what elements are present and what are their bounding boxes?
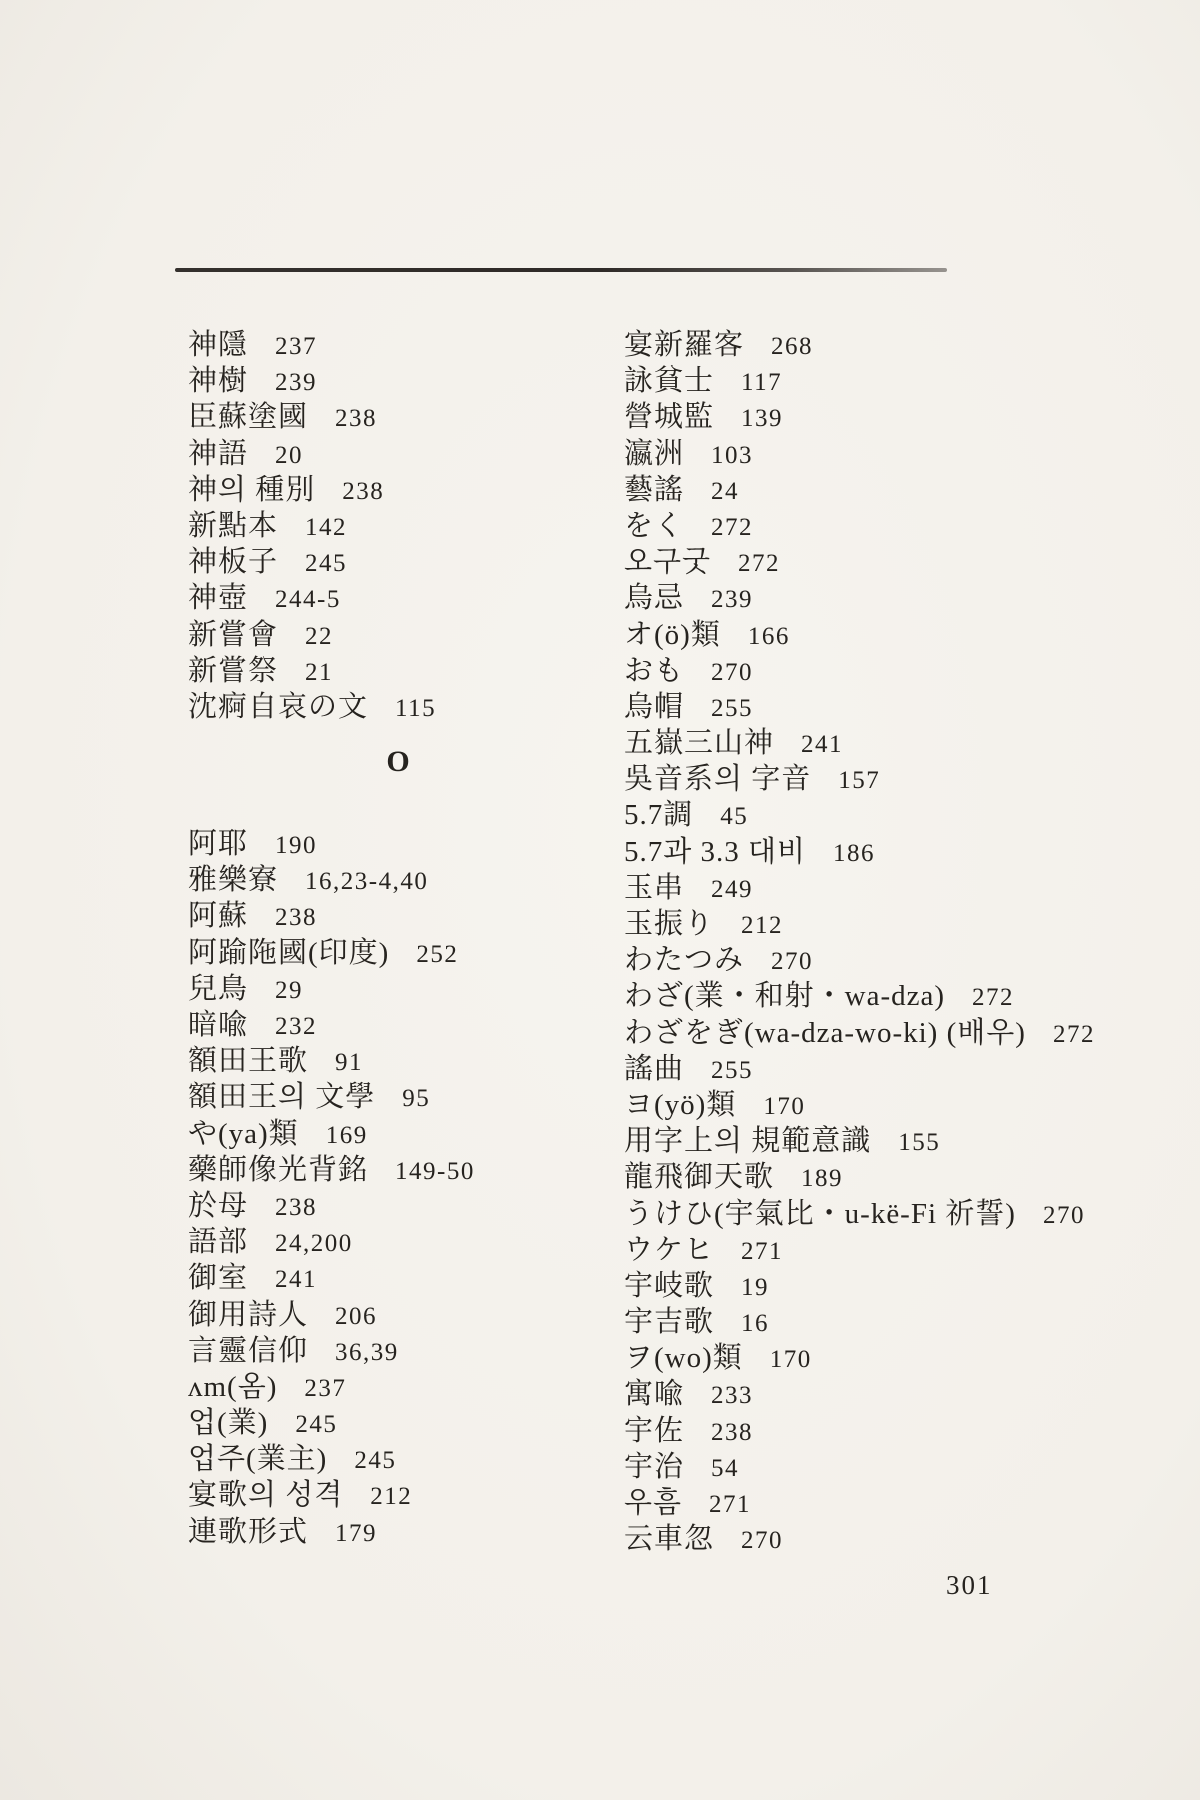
index-entry-pages: 206 — [335, 1303, 377, 1331]
index-entry-term: 神樹 — [188, 358, 248, 399]
index-entry-term: 新嘗會 — [188, 612, 278, 653]
index-entry-pages: 237 — [275, 333, 317, 361]
index-entry-pages: 54 — [711, 1455, 739, 1483]
index-entry-pages: 170 — [763, 1093, 805, 1121]
index-entry-pages: 252 — [416, 941, 458, 969]
index-entry-term: ヨ(yö)類 — [624, 1082, 736, 1123]
index-entry: わざ(業・和射・wa-dza) 272 — [624, 973, 1094, 1009]
index-entry-term: 업(業) — [188, 1400, 268, 1441]
index-entry: 兒鳥 29 — [188, 966, 618, 1002]
index-entry-pages: 186 — [833, 840, 875, 868]
index-entry: 瀛洲 103 — [624, 431, 1094, 467]
index-entry-term: 宇治 — [624, 1444, 684, 1485]
index-entry-term: 玉串 — [624, 865, 684, 906]
index-entry-pages: 237 — [304, 1375, 346, 1403]
index-entry-pages: 29 — [275, 977, 303, 1005]
index-entry-pages: 271 — [741, 1238, 783, 1266]
index-entries-before-heading: 神隱 237 神樹 239 臣蘇塗國 238 神語 20 — [188, 322, 618, 720]
index-entry-term: 新點本 — [188, 503, 278, 544]
index-entry-pages: 241 — [801, 731, 843, 759]
index-entry-pages: 241 — [275, 1266, 317, 1294]
index-entry-term: 宴歌의 성격 — [188, 1472, 343, 1513]
index-entry: 神語 20 — [188, 431, 618, 467]
index-entry: おも 270 — [624, 648, 1094, 684]
index-entries-right: 宴新羅客 268 詠貧士 117 營城監 139 瀛洲 103 — [624, 322, 1094, 1552]
index-column-right: 宴新羅客 268 詠貧士 117 營城監 139 瀛洲 103 — [624, 322, 1094, 1552]
index-entry-pages: 36,39 — [335, 1339, 399, 1367]
index-entry-term: 額田王歌 — [188, 1038, 308, 1079]
index-entry-term: をく — [624, 503, 684, 544]
index-entry-pages: 212 — [370, 1483, 412, 1511]
index-entry-term: 云車忽 — [624, 1516, 714, 1557]
index-entry: 新嘗祭 21 — [188, 648, 618, 684]
index-entry-term: 神語 — [188, 431, 248, 472]
index-entry: 阿耶 190 — [188, 821, 618, 857]
index-column-left: 神隱 237 神樹 239 臣蘇塗國 238 神語 20 — [188, 322, 618, 1545]
index-entry-term: 宇吉歌 — [624, 1299, 714, 1340]
index-entry-pages: 255 — [711, 695, 753, 723]
index-entry: 5.7과 3.3 대비 186 — [624, 829, 1094, 865]
index-entry: 5.7調 45 — [624, 792, 1094, 828]
index-entry-pages: 19 — [741, 1274, 769, 1302]
index-entry: 用字上의 規範意識 155 — [624, 1118, 1094, 1154]
index-entry: 謠曲 255 — [624, 1046, 1094, 1082]
index-entry-term: 宇佐 — [624, 1408, 684, 1449]
index-entry-pages: 238 — [275, 1194, 317, 1222]
index-entry-term: 五嶽三山神 — [624, 720, 774, 761]
index-entry-term: 雅樂寮 — [188, 857, 278, 898]
index-entry: 오구굿 272 — [624, 539, 1094, 575]
index-entry-pages: 24,200 — [275, 1230, 353, 1258]
index-entry: わたつみ 270 — [624, 937, 1094, 973]
index-entry-pages: 245 — [295, 1411, 337, 1439]
index-entry: 於母 238 — [188, 1183, 618, 1219]
index-entry: 詠貧士 117 — [624, 358, 1094, 394]
index-entry-term: 5.7과 3.3 대비 — [624, 829, 806, 870]
page-number: 301 — [946, 1570, 993, 1601]
index-entry-term: うけひ(宇氣比・u-kë-Fi 祈誓) — [624, 1191, 1016, 1232]
index-entry: うけひ(宇氣比・u-kë-Fi 祈誓) 270 — [624, 1191, 1094, 1227]
index-entry-pages: 142 — [305, 514, 347, 542]
index-entry: 御室 241 — [188, 1255, 618, 1291]
index-entry-pages: 155 — [898, 1129, 940, 1157]
index-entry: 宇吉歌 16 — [624, 1299, 1094, 1335]
index-entry-term: 營城監 — [624, 394, 714, 435]
index-entry: ʌm(옴) 237 — [188, 1364, 618, 1400]
index-entry: 龍飛御天歌 189 — [624, 1154, 1094, 1190]
index-entry-pages: 232 — [275, 1013, 317, 1041]
index-entry: や(ya)類 169 — [188, 1111, 618, 1147]
index-entry: 宇治 54 — [624, 1444, 1094, 1480]
index-entry-pages: 238 — [275, 904, 317, 932]
index-entry: 吳音系의 字音 157 — [624, 756, 1094, 792]
book-index-page: 神隱 237 神樹 239 臣蘇塗國 238 神語 20 — [0, 0, 1200, 1800]
index-entry: 五嶽三山神 241 — [624, 720, 1094, 756]
section-heading-o: O — [188, 745, 608, 781]
index-entry: 沈痾自哀の文 115 — [188, 684, 618, 720]
index-entry: 神樹 239 — [188, 358, 618, 394]
index-entry-term: 烏忌 — [624, 575, 684, 616]
index-entry-term: 吳音系의 字音 — [624, 756, 811, 797]
index-entries-after-heading: 阿耶 190 雅樂寮 16,23-4,40 阿蘇 238 阿踰陁國(印度) 25… — [188, 821, 618, 1545]
index-entry: 神隱 237 — [188, 322, 618, 358]
index-entry-pages: 238 — [342, 478, 384, 506]
index-entry-pages: 149-50 — [395, 1158, 475, 1186]
index-entry: 語部 24,200 — [188, 1219, 618, 1255]
index-entry-term: 兒鳥 — [188, 966, 248, 1007]
index-entry-term: 神의 種別 — [188, 467, 315, 508]
index-entry-pages: 270 — [771, 948, 813, 976]
index-entry-term: 5.7調 — [624, 792, 693, 833]
index-entry-term: 阿蘇 — [188, 893, 248, 934]
index-entry: ウケヒ 271 — [624, 1227, 1094, 1263]
index-entry-pages: 117 — [741, 369, 782, 397]
index-entry-pages: 45 — [720, 803, 748, 831]
index-entry: 額田王歌 91 — [188, 1038, 618, 1074]
index-entry-pages: 238 — [711, 1419, 753, 1447]
index-entry-term: 瀛洲 — [624, 431, 684, 472]
index-entry-term: 謠曲 — [624, 1046, 684, 1087]
index-entry-pages: 170 — [770, 1346, 812, 1374]
index-entry-term: ウケヒ — [624, 1227, 714, 1268]
index-entry-term: 阿踰陁國(印度) — [188, 930, 389, 971]
index-entry-term: 臣蘇塗國 — [188, 394, 308, 435]
index-entry: 御用詩人 206 — [188, 1292, 618, 1328]
index-entry-term: おも — [624, 648, 684, 689]
index-entry: 營城監 139 — [624, 394, 1094, 430]
index-entry-pages: 169 — [326, 1122, 368, 1150]
index-entry: 神壺 244-5 — [188, 575, 618, 611]
index-entry-pages: 20 — [275, 442, 303, 470]
index-entry: 우흠 271 — [624, 1480, 1094, 1516]
index-entry-term: わたつみ — [624, 937, 744, 978]
index-entry-term: ヲ(wo)類 — [624, 1335, 743, 1376]
index-entry-term: や(ya)類 — [188, 1111, 299, 1152]
index-entry-pages: 21 — [305, 659, 333, 687]
index-entry-pages: 166 — [748, 623, 790, 651]
index-entry: 藝謠 24 — [624, 467, 1094, 503]
index-entry: 暗喩 232 — [188, 1002, 618, 1038]
index-entry-pages: 268 — [771, 333, 813, 361]
index-entry-pages: 272 — [1053, 1021, 1095, 1049]
index-entry-pages: 24 — [711, 478, 739, 506]
index-entry-term: 新嘗祭 — [188, 648, 278, 689]
index-entry: をく 272 — [624, 503, 1094, 539]
index-entry-pages: 270 — [1043, 1202, 1085, 1230]
index-entry: 神板子 245 — [188, 539, 618, 575]
index-entry: ヨ(yö)類 170 — [624, 1082, 1094, 1118]
index-entry-pages: 239 — [275, 369, 317, 397]
index-entry-term: 御室 — [188, 1255, 248, 1296]
index-entry-pages: 249 — [711, 876, 753, 904]
index-entry: 宴新羅客 268 — [624, 322, 1094, 358]
index-entry-pages: 272 — [972, 984, 1014, 1012]
index-entry-pages: 103 — [711, 442, 753, 470]
index-entry: 寓喩 233 — [624, 1371, 1094, 1407]
index-entry-pages: 245 — [354, 1447, 396, 1475]
index-entry-term: 暗喩 — [188, 1002, 248, 1043]
index-entry: わざをぎ(wa-dza-wo-ki) (배우) 272 — [624, 1010, 1094, 1046]
index-entry-term: 寓喩 — [624, 1371, 684, 1412]
index-entry-term: 오구굿 — [624, 539, 711, 580]
index-entry-pages: 157 — [838, 767, 880, 795]
index-entry: 連歌形式 179 — [188, 1509, 618, 1545]
index-entry: 新嘗會 22 — [188, 612, 618, 648]
index-entry: 額田王의 文學 95 — [188, 1074, 618, 1110]
index-entry-term: 額田王의 文學 — [188, 1074, 375, 1115]
index-entry: 神의 種別 238 — [188, 467, 618, 503]
index-entry: 言靈信仰 36,39 — [188, 1328, 618, 1364]
index-entry: 云車忽 270 — [624, 1516, 1094, 1552]
index-entry-term: 玉振り — [624, 901, 714, 942]
index-entry-pages: 16 — [741, 1310, 769, 1338]
index-entry-term: オ(ö)類 — [624, 612, 721, 653]
index-entry-term: 업주(業主) — [188, 1436, 327, 1477]
index-entry: 玉串 249 — [624, 865, 1094, 901]
index-entry: ヲ(wo)類 170 — [624, 1335, 1094, 1371]
index-entry: 雅樂寮 16,23-4,40 — [188, 857, 618, 893]
index-entry-term: 우흠 — [624, 1480, 682, 1521]
index-entry: オ(ö)類 166 — [624, 612, 1094, 648]
index-entry-pages: 270 — [711, 659, 753, 687]
index-entry: 阿踰陁國(印度) 252 — [188, 930, 618, 966]
index-entry-pages: 238 — [335, 405, 377, 433]
index-entry-term: 於母 — [188, 1183, 248, 1224]
index-entry-pages: 16,23-4,40 — [305, 868, 428, 896]
index-entry-term: 沈痾自哀の文 — [188, 684, 368, 725]
index-entry: 宇岐歌 19 — [624, 1263, 1094, 1299]
index-entry-term: 言靈信仰 — [188, 1328, 308, 1369]
index-entry: 藥師像光背銘 149-50 — [188, 1147, 618, 1183]
index-entry-term: ʌm(옴) — [188, 1364, 277, 1405]
index-entry-pages: 179 — [335, 1520, 377, 1548]
index-entry-pages: 139 — [741, 405, 783, 433]
index-entry: 업(業) 245 — [188, 1400, 618, 1436]
index-entry-pages: 239 — [711, 586, 753, 614]
index-entry-term: 用字上의 規範意識 — [624, 1118, 871, 1159]
index-entry-term: 宴新羅客 — [624, 322, 744, 363]
index-entry-pages: 95 — [402, 1085, 430, 1113]
index-entry-term: 烏帽 — [624, 684, 684, 725]
index-entry-term: 御用詩人 — [188, 1292, 308, 1333]
index-entry-pages: 271 — [709, 1491, 751, 1519]
index-entry: 업주(業主) 245 — [188, 1436, 618, 1472]
index-entry-pages: 189 — [801, 1165, 843, 1193]
index-entry-pages: 233 — [711, 1382, 753, 1410]
index-entry-pages: 245 — [305, 550, 347, 578]
index-entry: 烏忌 239 — [624, 575, 1094, 611]
index-entry-term: 語部 — [188, 1219, 248, 1260]
index-entry-term: わざ(業・和射・wa-dza) — [624, 973, 945, 1014]
index-entry: 宇佐 238 — [624, 1408, 1094, 1444]
index-entry-pages: 272 — [738, 550, 780, 578]
index-entry-pages: 22 — [305, 623, 333, 651]
index-entry-term: 龍飛御天歌 — [624, 1154, 774, 1195]
index-entry-term: 神板子 — [188, 539, 278, 580]
index-entry: 新點本 142 — [188, 503, 618, 539]
index-entry-term: 連歌形式 — [188, 1509, 308, 1550]
index-entry-pages: 255 — [711, 1057, 753, 1085]
index-entry-term: 神壺 — [188, 575, 248, 616]
index-entry-term: わざをぎ(wa-dza-wo-ki) (배우) — [624, 1010, 1026, 1051]
index-entry-pages: 212 — [741, 912, 783, 940]
index-entry: 玉振り 212 — [624, 901, 1094, 937]
index-entry-pages: 244-5 — [275, 586, 341, 614]
index-entry-term: 阿耶 — [188, 821, 248, 862]
index-entry-term: 藥師像光背銘 — [188, 1147, 368, 1188]
index-entry-pages: 270 — [741, 1527, 783, 1555]
index-entry-term: 宇岐歌 — [624, 1263, 714, 1304]
index-entry-term: 神隱 — [188, 322, 248, 363]
index-entry: 阿蘇 238 — [188, 893, 618, 929]
index-entry-term: 詠貧士 — [624, 358, 714, 399]
index-entry-term: 藝謠 — [624, 467, 684, 508]
index-entry-pages: 115 — [395, 695, 436, 723]
index-entry-pages: 91 — [335, 1049, 363, 1077]
index-entry: 烏帽 255 — [624, 684, 1094, 720]
index-entry: 臣蘇塗國 238 — [188, 394, 618, 430]
index-entry: 宴歌의 성격 212 — [188, 1472, 618, 1508]
top-divider-rule — [175, 268, 947, 272]
index-entry-pages: 190 — [275, 832, 317, 860]
index-entry-pages: 272 — [711, 514, 753, 542]
